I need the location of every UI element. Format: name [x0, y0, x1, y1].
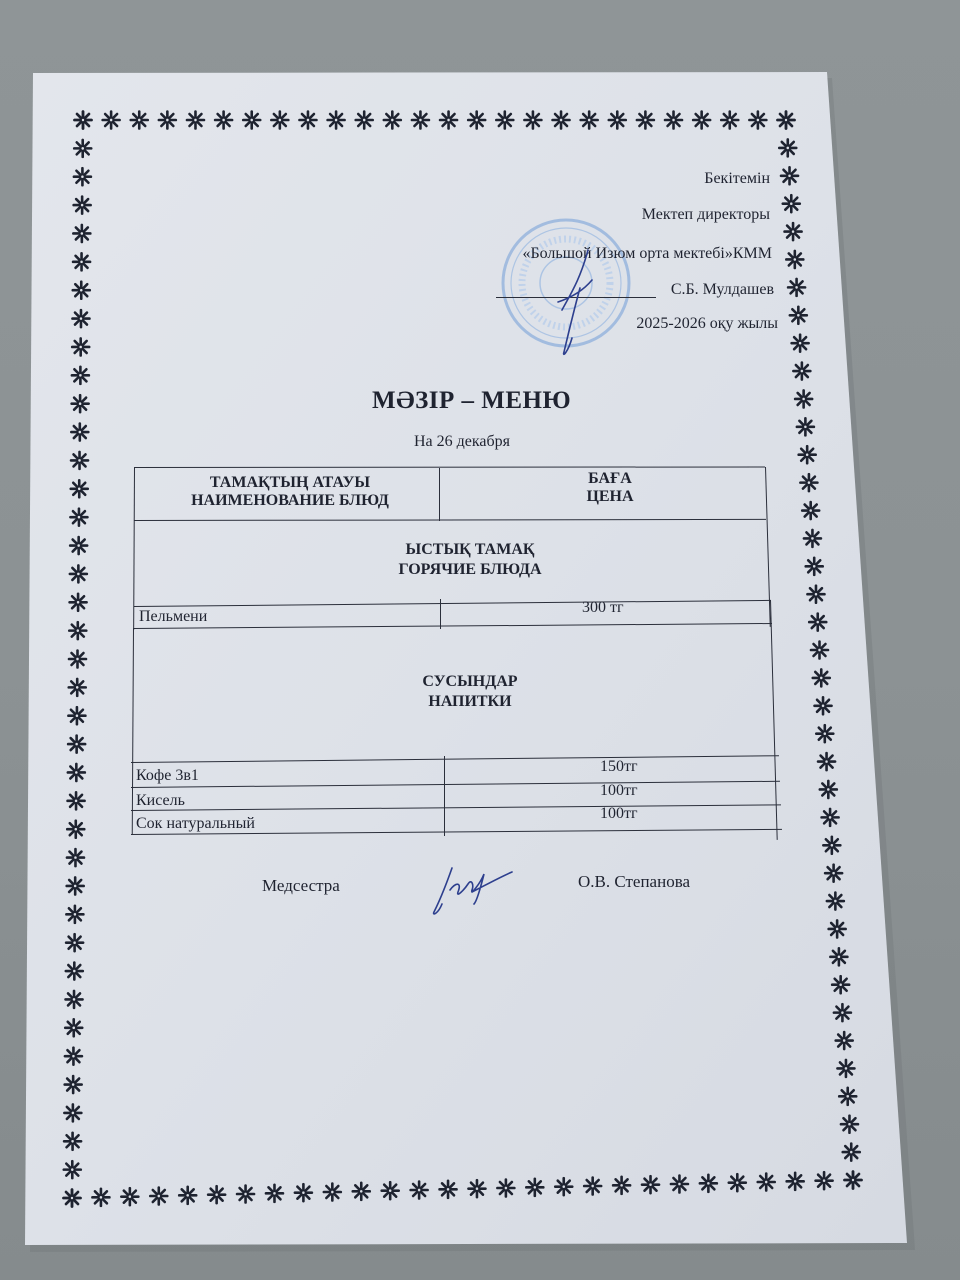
table-rule	[444, 756, 445, 836]
page-title: МӘЗІР – МЕНЮ	[372, 387, 571, 415]
item-price: 100тг	[600, 805, 638, 823]
section-title-ru: ГОРЯЧИЕ БЛЮДА	[330, 560, 610, 580]
approval-line-4: С.Б. Мулдашев	[671, 281, 774, 299]
approval-line-2: Мектеп директоры	[642, 206, 770, 224]
table-rule	[440, 599, 441, 629]
column-header-price-ru: ЦЕНА	[520, 488, 700, 506]
item-price: 300 тг	[582, 599, 624, 617]
column-header-name-kk: ТАМАҚТЫҢ АТАУЫ	[160, 474, 420, 492]
section-title-kk: ЫСТЫҚ ТАМАҚ	[330, 540, 610, 560]
nurse-signature	[428, 860, 518, 920]
director-signature	[540, 240, 610, 360]
item-price: 150тг	[600, 758, 638, 776]
section-title-ru: НАПИТКИ	[330, 692, 610, 712]
column-header-price-kk: БАҒА	[520, 470, 700, 488]
paper-sheet	[25, 72, 907, 1245]
item-name: Пельмени	[139, 608, 207, 626]
item-price: 100тг	[600, 782, 638, 800]
photo-scene	[0, 0, 960, 1280]
section-title-kk: СУСЫНДАР	[330, 672, 610, 692]
menu-date: На 26 декабря	[414, 433, 510, 451]
item-name: Сок натуральный	[136, 815, 255, 833]
footer-name: О.В. Степанова	[578, 872, 690, 892]
item-name: Кофе 3в1	[136, 767, 199, 785]
approval-line-1: Бекітемін	[704, 170, 770, 188]
column-header-name-ru: НАИМЕНОВАНИЕ БЛЮД	[160, 492, 420, 510]
table-rule	[439, 468, 440, 521]
footer-role: Медсестра	[262, 876, 340, 896]
section-header-hot-dishes: ЫСТЫҚ ТАМАҚ ГОРЯЧИЕ БЛЮДА	[330, 540, 610, 580]
column-header-price: БАҒА ЦЕНА	[520, 470, 700, 506]
item-name: Кисель	[136, 792, 185, 810]
section-header-drinks: СУСЫНДАР НАПИТКИ	[330, 672, 610, 712]
column-header-name: ТАМАҚТЫҢ АТАУЫ НАИМЕНОВАНИЕ БЛЮД	[160, 474, 420, 510]
approval-line-5: 2025-2026 оқу жылы	[636, 315, 778, 333]
